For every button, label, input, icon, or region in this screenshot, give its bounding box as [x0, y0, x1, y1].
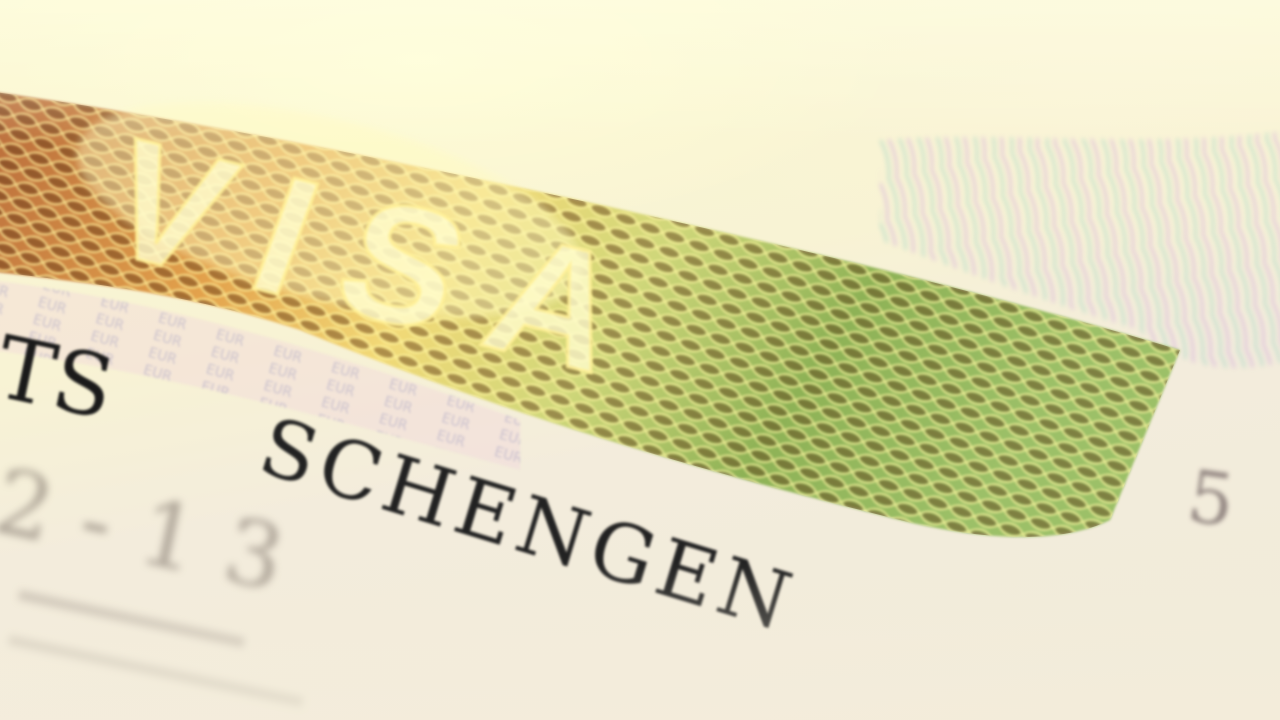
visa-document-artwork: EUR VISA TS: [0, 0, 1280, 720]
svg-text:5: 5: [1183, 454, 1240, 544]
visa-photo: EUR VISA TS: [0, 0, 1280, 720]
side-number: 5: [1183, 454, 1240, 544]
